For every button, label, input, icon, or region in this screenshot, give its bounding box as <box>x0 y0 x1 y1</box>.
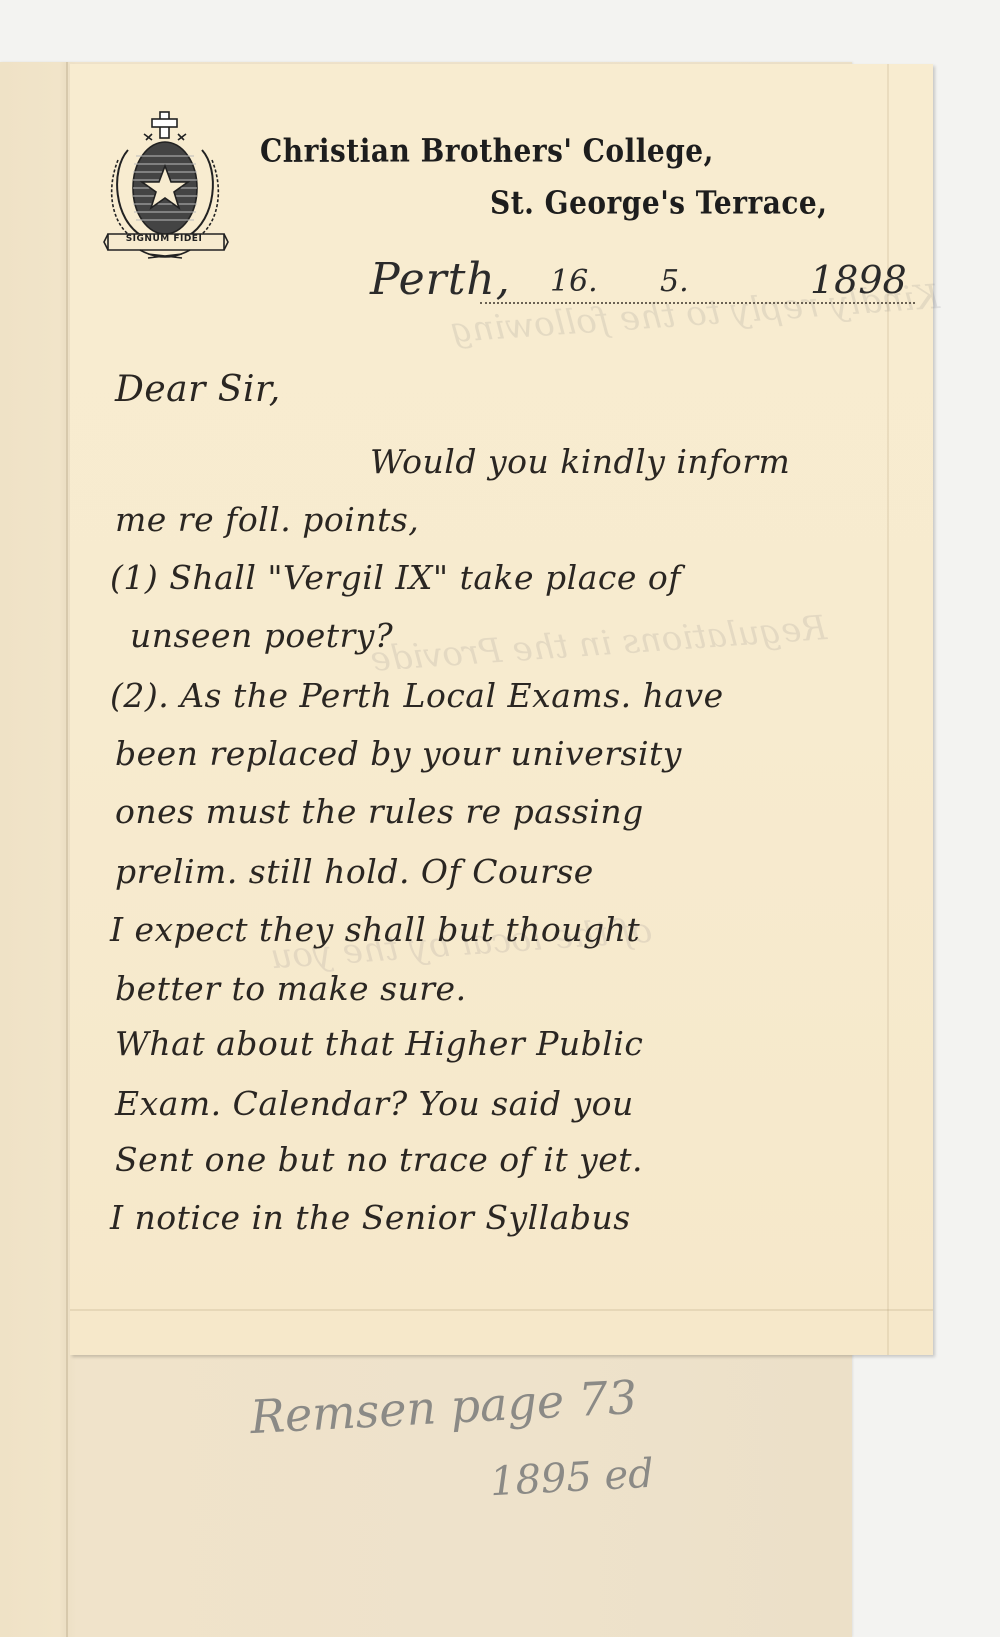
letter-line: I notice in the Senior Syllabus <box>110 1198 631 1237</box>
date-month: 5. <box>660 264 689 299</box>
letter-line: Would you kindly inform <box>370 442 790 481</box>
date-day: 16. <box>550 264 598 299</box>
salutation: Dear Sir, <box>115 369 281 410</box>
date-line: Perth, 16. 5. 1898 <box>370 254 915 316</box>
letter-line: unseen poetry? <box>130 616 393 655</box>
date-place: Perth, <box>370 254 511 305</box>
letterhead-institution: Christian Brothers' College, <box>260 132 714 170</box>
pencil-note-line2: 1895 ed <box>489 1451 655 1506</box>
crest-motto: SIGNUM FIDEI <box>118 234 210 244</box>
bleed-through-text: Regulations in the Provide <box>369 608 828 680</box>
letter-line: What about that Higher Public <box>115 1024 643 1063</box>
letterhead-address: St. George's Terrace, <box>490 184 827 222</box>
letter-page: Kindly reply to the following Regulation… <box>70 64 933 1355</box>
letter-line: Exam. Calendar? You said you <box>115 1084 634 1123</box>
letter-line: ones must the rules re passing <box>115 792 644 831</box>
letter-line: been replaced by your university <box>115 734 682 773</box>
fold-line <box>70 1309 933 1311</box>
letter-line: better to make sure. <box>115 969 467 1008</box>
letter-line: I expect they shall but thought <box>110 910 640 949</box>
letter-line: me re foll. points, <box>115 500 419 539</box>
fold-line <box>66 62 68 1637</box>
date-year: 1898 <box>810 258 907 302</box>
letter-line: (1) Shall "Vergil IX" take place of <box>110 558 681 597</box>
dotted-rule <box>480 302 915 304</box>
letter-line: (2). As the Perth Local Exams. have <box>110 676 724 715</box>
letter-line: Sent one but no trace of it yet. <box>115 1140 643 1179</box>
letter-line: prelim. still hold. Of Course <box>115 852 594 891</box>
